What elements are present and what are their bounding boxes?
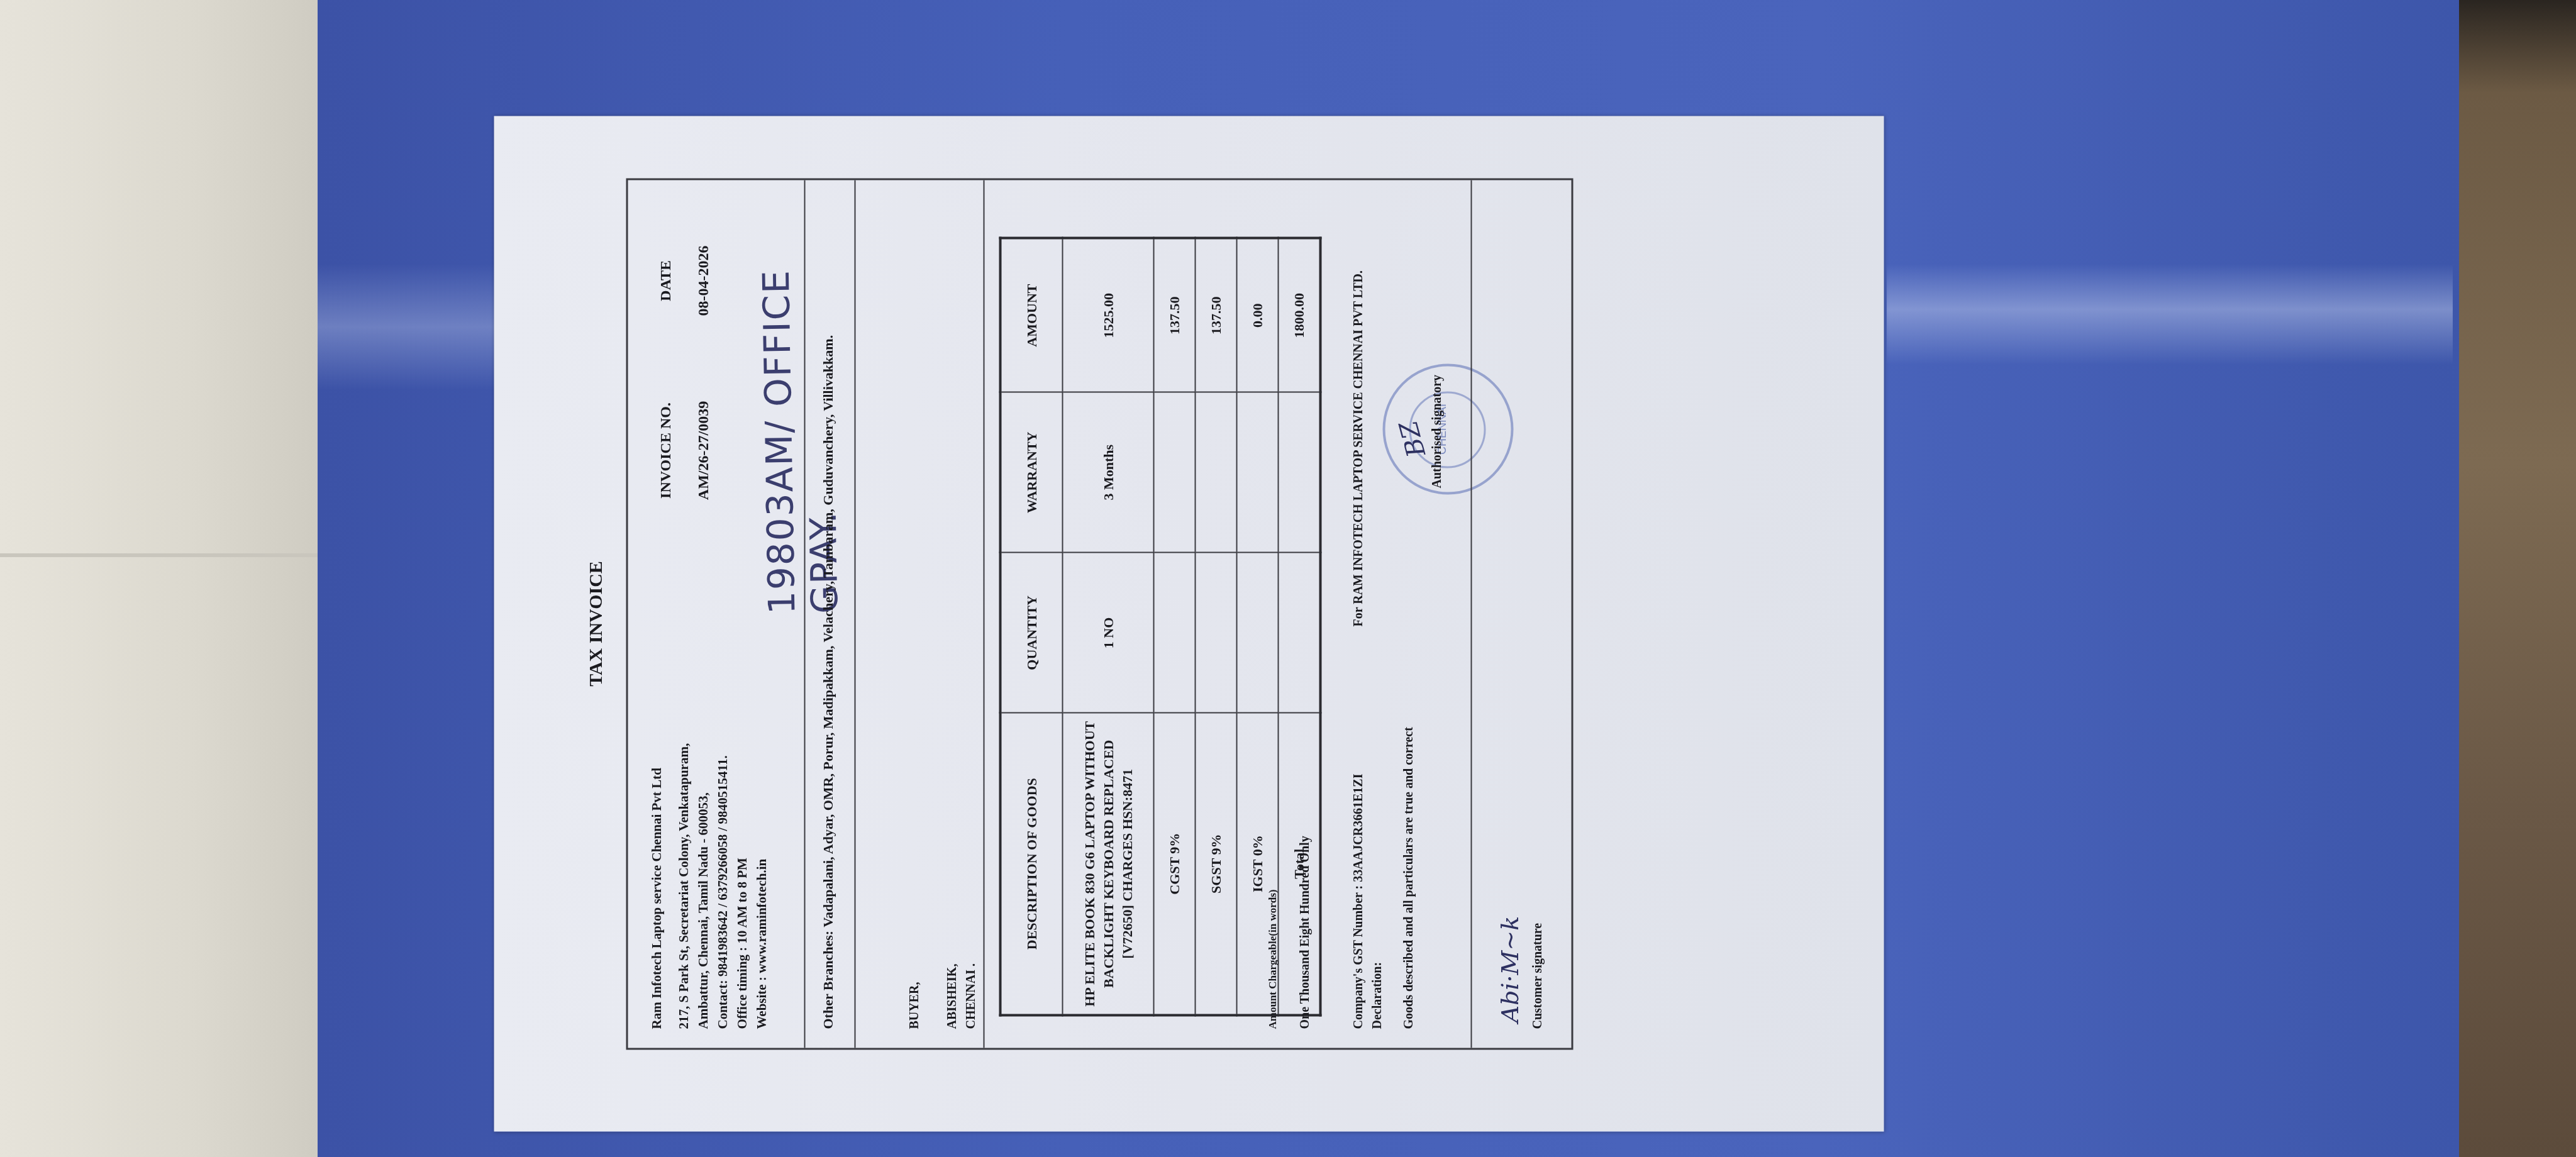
company-timing: Office timing : 10 AM to 8 PM [733, 677, 752, 1029]
declaration-label: Declaration: [1370, 962, 1385, 1029]
background-wall [0, 0, 318, 1157]
for-company: For RAM INFOTECH LAPTOP SERVICE CHENNAI … [1352, 270, 1366, 626]
cell-warranty [1154, 392, 1196, 553]
cell-description: CGST 9% [1154, 713, 1196, 1016]
invoice-date-label: DATE [647, 212, 685, 350]
cell-amount: 137.50 [1154, 238, 1196, 392]
authorised-signatory-label: Authorised signatory [1430, 375, 1445, 489]
cell-quantity [1279, 553, 1321, 713]
company-address-line2: Ambattur, Chennai, Tamil Nadu - 600053, [694, 677, 713, 1029]
header-quantity: QUANTITY [1001, 553, 1063, 713]
cell-amount: 1800.00 [1279, 238, 1321, 392]
cell-warranty [1196, 392, 1237, 553]
light-glare [1887, 264, 2453, 365]
light-glare [318, 264, 506, 390]
divider [1471, 180, 1472, 1048]
cell-quantity: 1 NO [1063, 553, 1154, 713]
table-row: CGST 9% 137.50 [1154, 238, 1196, 1016]
cell-quantity [1154, 553, 1196, 713]
table-header-row: DESCRIPTION OF GOODS QUANTITY WARRANTY A… [1001, 238, 1063, 1016]
invoice-frame: Ram Infotech Laptop service Chennai Pvt … [626, 179, 1574, 1050]
divider [804, 180, 806, 1048]
cell-amount: 137.50 [1196, 238, 1237, 392]
invoice-date: 08-04-2026 [685, 212, 723, 350]
cell-quantity [1196, 553, 1237, 713]
invoice-number: AM/26-27/0039 [685, 369, 723, 533]
declaration-text: Goods described and all particulars are … [1402, 727, 1416, 1029]
invoice-date-block: DATE 08-04-2026 [647, 212, 723, 350]
amount-words: One Thousand Eight Hundred Only [1298, 836, 1313, 1029]
customer-signature: Abi·M~k [1496, 916, 1524, 1023]
cell-amount: 1525.00 [1063, 238, 1154, 392]
header-amount: AMOUNT [1001, 238, 1063, 392]
divider [855, 180, 856, 1048]
cell-amount: 0.00 [1237, 238, 1279, 392]
cell-description: SGST 9% [1196, 713, 1237, 1016]
cell-warranty: 3 Months [1063, 392, 1154, 553]
cell-description: HP ELITE BOOK 830 G6 LAPTOP WITHOUT BACK… [1063, 713, 1154, 1016]
table-row: HP ELITE BOOK 830 G6 LAPTOP WITHOUT BACK… [1063, 238, 1154, 1016]
company-contact: Contact: 9841983642 / 6379266058 / 98405… [713, 677, 733, 1029]
buyer-label: BUYER, [905, 963, 924, 1029]
company-name: Ram Infotech Laptop service Chennai Pvt … [647, 677, 667, 1029]
invoice-title: TAX INVOICE [586, 116, 607, 1132]
divider [984, 180, 985, 1048]
other-branches: Other Branches: Vadapalani, Adyar, OMR, … [820, 199, 836, 1029]
company-block: Ram Infotech Laptop service Chennai Pvt … [647, 677, 772, 1029]
customer-signature-label: Customer signature [1531, 923, 1545, 1029]
buyer-name: ABISHEIK, [943, 963, 962, 1029]
cell-warranty [1279, 392, 1321, 553]
invoice-number-label: INVOICE NO. [647, 369, 685, 533]
company-address-line1: 217, S Park St, Secretariat Colony, Venk… [674, 677, 694, 1029]
amount-words-label: Amount Chargeable(in words) [1267, 890, 1279, 1029]
invoice-number-block: INVOICE NO. AM/26-27/0039 [647, 369, 723, 533]
header-warranty: WARRANTY [1001, 392, 1063, 553]
cell-quantity [1237, 553, 1279, 713]
company-website: Website : www.raminfotech.in [752, 677, 772, 1029]
background-fabric [2459, 0, 2576, 1157]
gst-number: Company's GST Number : 33AAJCR3661E1ZI [1352, 774, 1366, 1029]
header-description: DESCRIPTION OF GOODS [1001, 713, 1063, 1016]
cell-warranty [1237, 392, 1279, 553]
invoice-paper: TAX INVOICE Ram Infotech Laptop service … [494, 116, 1884, 1132]
buyer-block: BUYER, ABISHEIK, CHENNAI . [905, 963, 980, 1029]
buyer-city: CHENNAI . [962, 963, 980, 1029]
table-row: SGST 9% 137.50 [1196, 238, 1237, 1016]
